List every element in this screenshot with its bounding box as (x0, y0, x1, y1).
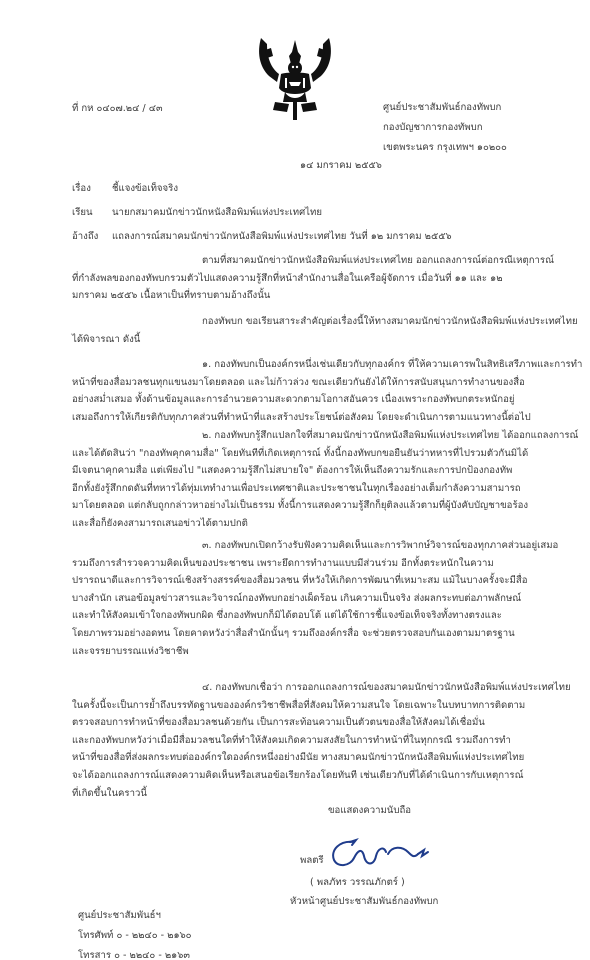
paragraph-line: ๒. กองทัพบกรู้สึกแปลกใจที่สมาคมนักข่าวนั… (72, 427, 542, 445)
paragraph-line: กองทัพบก ขอเรียนสาระสำคัญต่อเรื่องนี้ให้… (72, 313, 542, 331)
sender-address-line: ศูนย์ประชาสัมพันธ์กองทัพบก (383, 98, 507, 118)
subject-label: เรื่อง (72, 181, 91, 196)
document-reference-number: ที่ กห ๐๔๐๗.๒๔ / ๔๓ (72, 101, 163, 116)
paragraph-line: ที่กำลังพลของกองทัพบกรวมตัวไปแสดงความรู้… (72, 270, 542, 288)
footer-fax-row: โทรสาร ๐ - ๒๒๔๐ - ๒๑๖๓ (78, 946, 192, 960)
paragraph-line: บางสำนัก เสนอข้อมูลข่าวสารและวิจารณ์กองท… (72, 590, 542, 608)
paragraph-line: ตรวจสอบการทำหน้าที่ของสื่อมวลชนด้วยกัน เ… (72, 714, 542, 732)
paragraph-line: ๓. กองทัพบกเปิดกว้างรับฟังความคิดเห็นและ… (72, 537, 542, 555)
sender-address: ศูนย์ประชาสัมพันธ์กองทัพบก กองบัญชาการกอ… (383, 98, 507, 158)
paragraph-line: ตามที่สมาคมนักข่าวนักหนังสือพิมพ์แห่งประ… (72, 252, 542, 270)
subject-value: ชี้แจงข้อเท็จจริง (112, 181, 178, 196)
paragraph-line: และทำให้สังคมเข้าใจกองทัพบกผิด ซึ่งกองทั… (72, 607, 542, 625)
paragraph-line: ที่เกิดขึ้นในคราวนี้ (72, 785, 542, 803)
paragraph-line: หน้าที่ของสื่อมวลชนทุกแขนงมาโดยตลอด และไ… (72, 374, 542, 392)
paragraph-line: ๔. กองทัพบกเชื่อว่า การออกแถลงการณ์ของสม… (72, 679, 542, 697)
paragraph-line: มกราคม ๒๕๕๖ เนื้อหาเป็นที่ทราบตามอ้างถึง… (72, 287, 542, 305)
reference-label: อ้างถึง (72, 229, 98, 244)
paragraph-line: เสมอถึงการให้เกียรติกับทุกภาคส่วนที่ทำหน… (72, 409, 542, 427)
paragraph-point-2: ๒. กองทัพบกรู้สึกแปลกใจที่สมาคมนักข่าวนั… (72, 427, 542, 533)
paragraph-line: และสื่อก็ยังคงสามารถเสนอข่าวได้ตามปกติ (72, 515, 542, 533)
phone-label: โทรศัพท์ (78, 930, 113, 941)
reference-value: แถลงการณ์สมาคมนักข่าวนักหนังสือพิมพ์แห่ง… (112, 229, 452, 244)
paragraph-line: หน้าที่ของสื่อที่ส่งผลกระทบต่อองค์กรใดอง… (72, 749, 542, 767)
phone-number: ๐ - ๒๒๔๐ - ๒๑๖๐ (116, 930, 191, 941)
sender-address-line: กองบัญชาการกองทัพบก (383, 118, 507, 138)
paragraph-line: อีกทั้งยังรู้สึกกดดันที่ทหารได้ทุ่มเททำง… (72, 480, 542, 498)
fax-label: โทรสาร (78, 950, 111, 960)
footer-phone-row: โทรศัพท์ ๐ - ๒๒๔๐ - ๒๑๖๐ (78, 926, 192, 946)
paragraph-point-1: ๑. กองทัพบกเป็นองค์กรหนึ่งเช่นเดียวกับทุ… (72, 356, 542, 426)
footer-contact: ศูนย์ประชาสัมพันธ์ฯ โทรศัพท์ ๐ - ๒๒๔๐ - … (78, 906, 192, 960)
paragraph-point-3: ๓. กองทัพบกเปิดกว้างรับฟังความคิดเห็นและ… (72, 537, 542, 660)
paragraph-line: จะได้ออกแถลงการณ์แสดงความคิดเห็นหรือเสนอ… (72, 767, 542, 785)
paragraph-line: โดยภาพรวมอย่างอดทน โดยคาดหวังว่าสื่อสำนั… (72, 625, 542, 643)
paragraph-point-4: ๔. กองทัพบกเชื่อว่า การออกแถลงการณ์ของสม… (72, 679, 542, 802)
signer-name: ( พลภัทร วรรณภักตร์ ) (310, 875, 405, 890)
document-date: ๑๔ มกราคม ๒๕๕๖ (300, 158, 382, 173)
paragraph-line: ในครั้งนี้จะเป็นการย้ำถึงบรรทัดฐานขององค… (72, 697, 542, 715)
paragraph-line: มีเจตนาคุกคามสื่อ แต่เพียงไป "แสดงความรู… (72, 462, 542, 480)
paragraph-intro: ตามที่สมาคมนักข่าวนักหนังสือพิมพ์แห่งประ… (72, 252, 542, 305)
closing-salutation: ขอแสดงความนับถือ (328, 803, 411, 818)
to-value: นายกสมาคมนักข่าวนักหนังสือพิมพ์แห่งประเท… (112, 205, 322, 220)
paragraph-line: และจรรยาบรรณแห่งวิชาชีพ (72, 643, 542, 661)
paragraph-line: ได้พิจารณา ดังนี้ (72, 331, 542, 349)
garuda-emblem-icon (255, 30, 335, 130)
to-label: เรียน (72, 205, 93, 220)
paragraph-purpose: กองทัพบก ขอเรียนสาระสำคัญต่อเรื่องนี้ให้… (72, 313, 542, 348)
paragraph-line: มาโดยตลอด แต่กลับถูกกล่าวหาอย่างไม่เป็นธ… (72, 497, 542, 515)
sender-address-line: เขตพระนคร กรุงเทพฯ ๑๐๒๐๐ (383, 138, 507, 158)
paragraph-line: และได้ตัดสินว่า "กองทัพคุกคามสื่อ" โดยทั… (72, 445, 542, 463)
fax-number: ๐ - ๒๒๔๐ - ๒๑๖๓ (114, 950, 190, 960)
signer-rank: พลตรี (300, 853, 324, 868)
paragraph-line: ๑. กองทัพบกเป็นองค์กรหนึ่งเช่นเดียวกับทุ… (72, 356, 542, 374)
paragraph-line: และกองทัพบกหวังว่าเมื่อมีสื่อมวลชนใดที่ท… (72, 732, 542, 750)
footer-office: ศูนย์ประชาสัมพันธ์ฯ (78, 906, 192, 926)
signature-image (328, 836, 438, 876)
paragraph-line: รวมถึงการสำรวจความคิดเห็นของประชาชน เพรา… (72, 555, 542, 573)
paragraph-line: ปรารถนาดีและการวิจารณ์เชิงสร้างสรรค์ของส… (72, 572, 542, 590)
paragraph-line: อย่างสม่ำเสมอ ทั้งด้านข้อมูลและการอำนวยค… (72, 391, 542, 409)
signer-title: หัวหน้าศูนย์ประชาสัมพันธ์กองทัพบก (290, 894, 438, 909)
